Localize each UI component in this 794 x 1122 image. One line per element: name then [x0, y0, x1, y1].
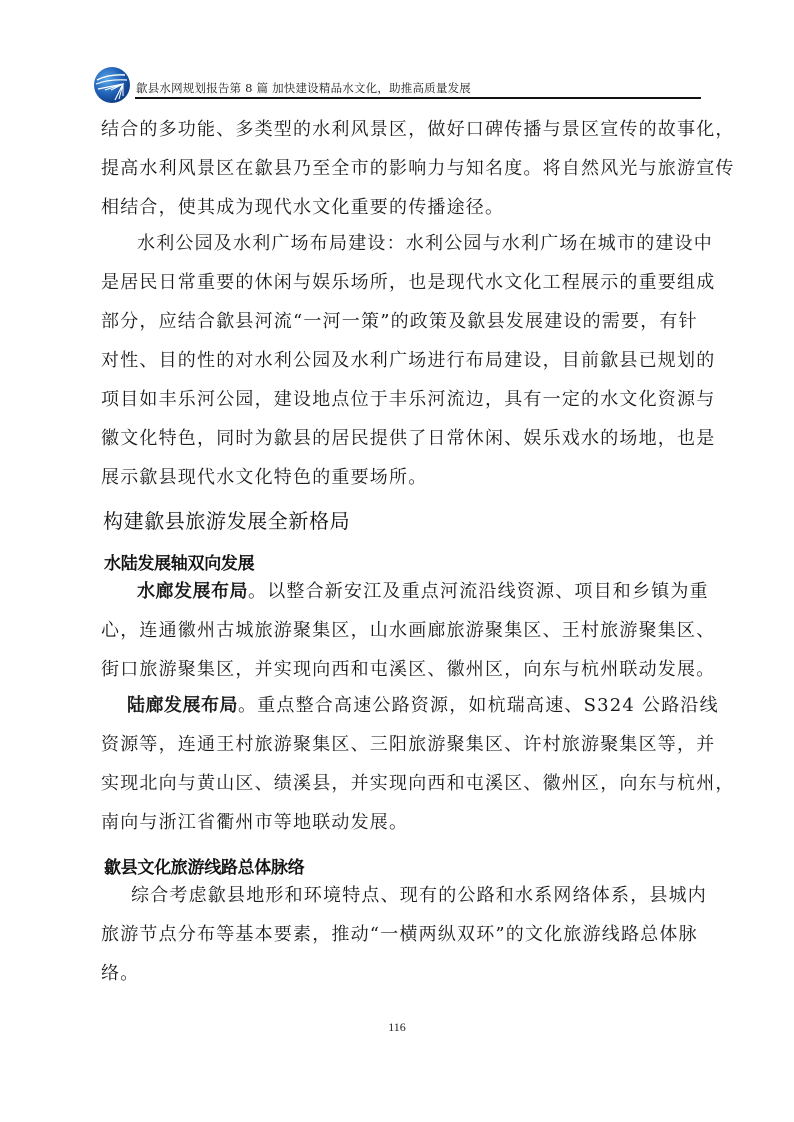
text-line: 实现北向与黄山区、绩溪县，并实现向西和屯溪区、徽州区，向东与杭州， [101, 771, 735, 797]
text-line: 络。 [101, 961, 139, 987]
subsection-heading-tourism-routes: 歙县文化旅游线路总体脉络 [104, 853, 304, 878]
text-line: 部分，应结合歙县河流“一河一策”的政策及歙县发展建设的需要，有针 [101, 309, 698, 335]
page-header: 歙县水网规划报告第 8 篇 加快建设精品水文化，助推高质量发展 [93, 66, 699, 104]
document-page: 歙县水网规划报告第 8 篇 加快建设精品水文化，助推高质量发展 结合的多功能、多… [0, 0, 794, 1122]
text-line: 水廊发展布局。以整合新安江及重点河流沿线资源、项目和乡镇为重 [101, 579, 709, 605]
bold-lead-term: 陆廊发展布局 [127, 695, 238, 716]
section-heading: 构建歙县旅游发展全新格局 [103, 505, 350, 534]
text-span: 。重点整合高速公路资源，如杭瑞高速、S324 公路沿线 [238, 695, 719, 716]
text-line: 水利公园及水利广场布局建设：水利公园与水利广场在城市的建设中 [101, 231, 713, 257]
text-line: 是居民日常重要的休闲与娱乐场所，也是现代水文化工程展示的重要组成 [101, 270, 715, 296]
text-line: 提高水利风景区在歙县乃至全市的影响力与知名度。将自然风光与旅游宣传 [101, 156, 735, 182]
text-line: 徽文化特色，同时为歙县的居民提供了日常休闲、娱乐戏水的场地，也是 [101, 426, 715, 452]
text-line: 相结合，使其成为现代水文化重要的传播途径。 [101, 195, 504, 221]
text-line: 展示歙县现代水文化特色的重要场所。 [101, 465, 427, 491]
text-line: 街口旅游聚集区，并实现向西和屯溪区、徽州区，向东与杭州联动发展。 [101, 657, 715, 683]
text-line: 资源等，连通王村旅游聚集区、三阳旅游聚集区、许村旅游聚集区等，并 [101, 732, 715, 758]
text-line: 综合考虑歙县地形和环境特点、现有的公路和水系网络体系，县城内 [101, 883, 707, 909]
text-line: 结合的多功能、多类型的水利风景区，做好口碑传播与景区宣传的故事化， [101, 117, 735, 143]
text-line: 南向与浙江省衢州市等地联动发展。 [101, 810, 408, 836]
text-line: 心，连通徽州古城旅游聚集区，山水画廊旅游聚集区、王村旅游聚集区、 [101, 618, 715, 644]
header-title: 歙县水网规划报告第 8 篇 加快建设精品水文化，助推高质量发展 [136, 80, 471, 96]
bold-lead-term: 水廊发展布局 [137, 581, 248, 602]
header-divider [135, 97, 701, 99]
text-span: 。以整合新安江及重点河流沿线资源、项目和乡镇为重 [248, 581, 709, 602]
text-line: 旅游节点分布等基本要素，推动“一横两纵双环”的文化旅游线路总体脉 [101, 922, 698, 948]
page-number: 116 [0, 1020, 794, 1035]
text-line: 项目如丰乐河公园，建设地点位于丰乐河流边，具有一定的水文化资源与 [101, 387, 715, 413]
text-line: 陆廊发展布局。重点整合高速公路资源，如杭瑞高速、S324 公路沿线 [101, 693, 719, 719]
text-line: 对性、目的性的对水利公园及水利广场进行布局建设，目前歙县已规划的 [101, 348, 715, 374]
water-network-logo-icon [93, 66, 131, 104]
subsection-heading-water-land-axis: 水陆发展轴双向发展 [104, 549, 254, 574]
